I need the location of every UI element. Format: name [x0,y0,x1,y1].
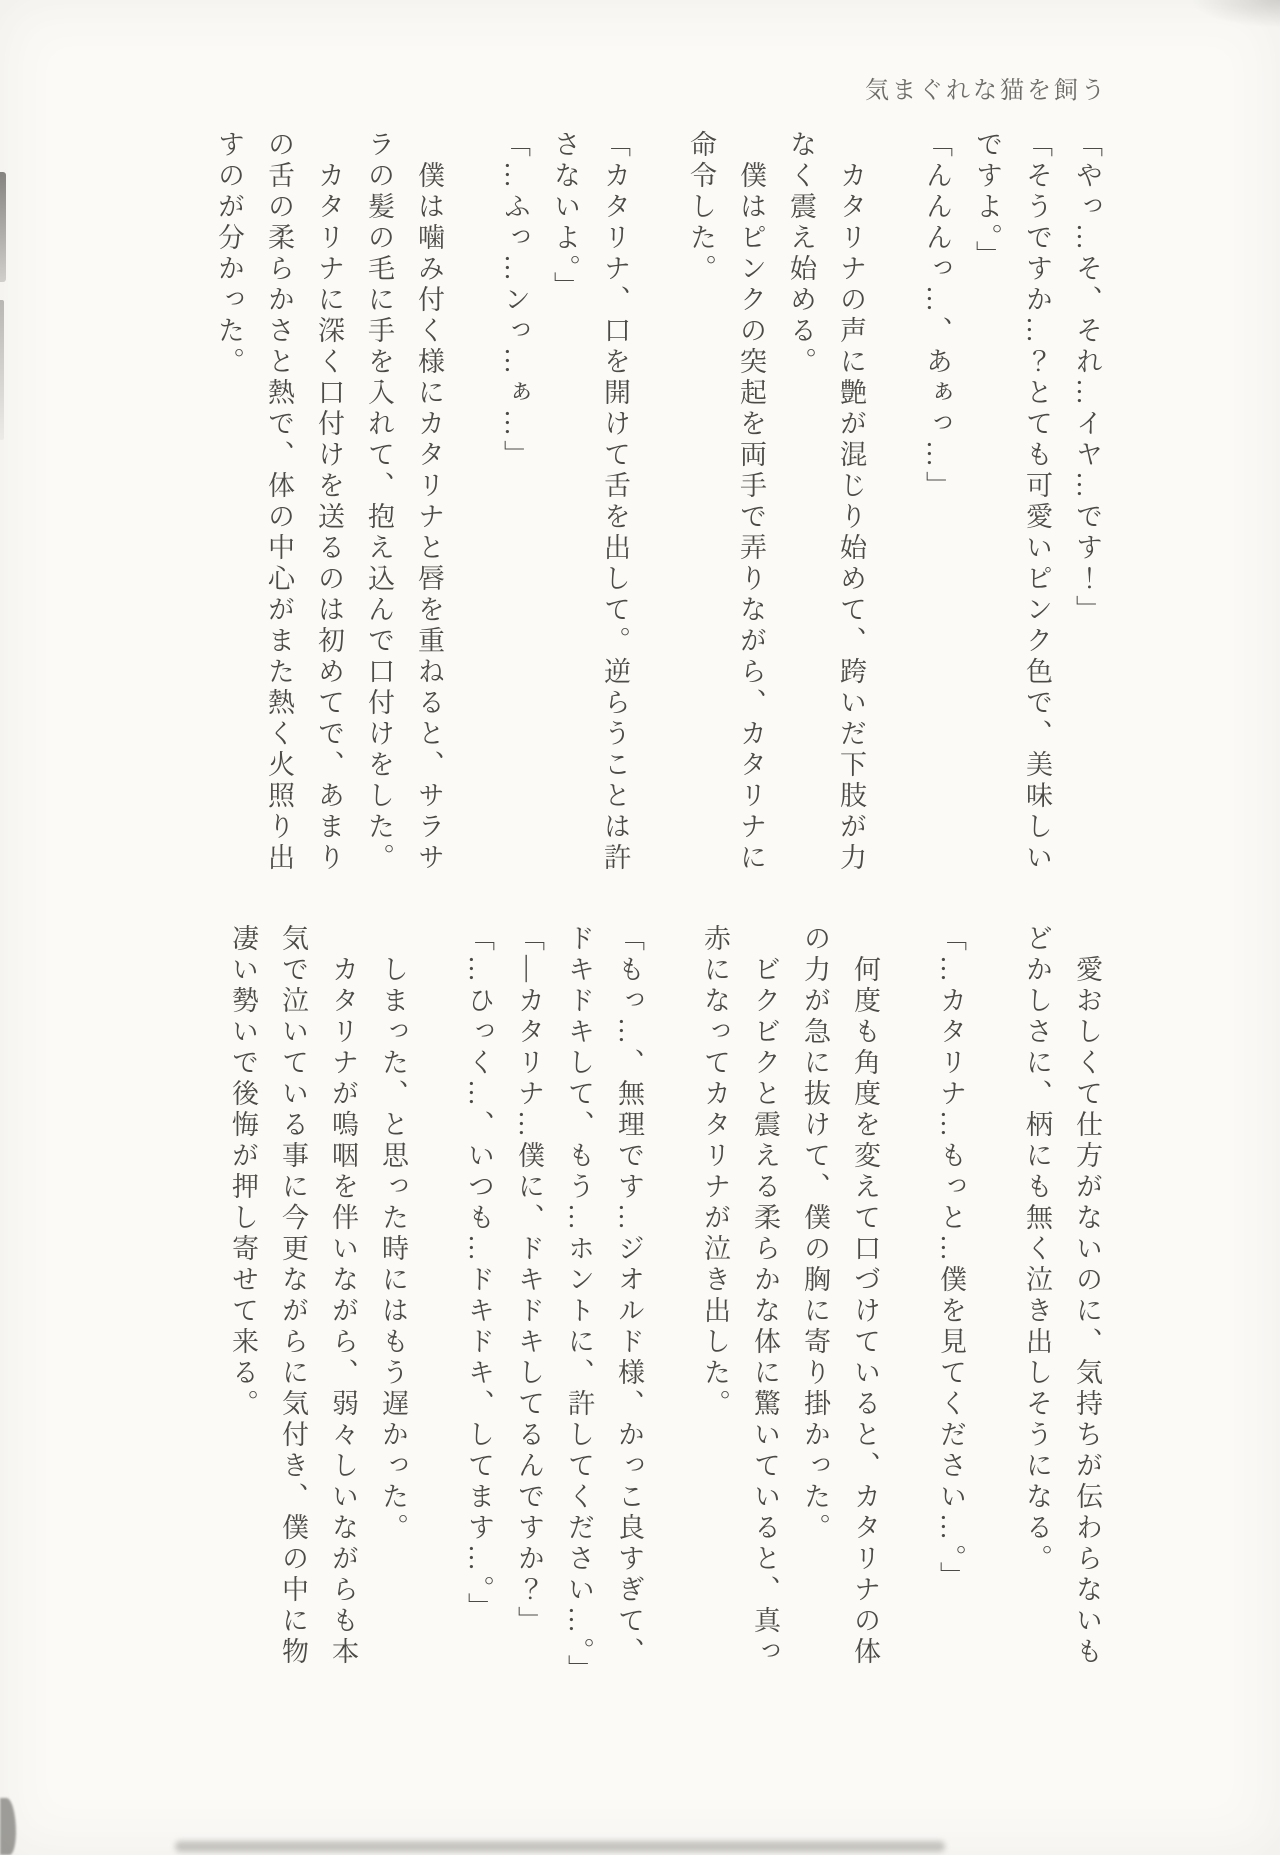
text-block-top: 「やっ…そ、それ…イヤ…です！」「そうですか…？とても可愛いピンク色で、美味しい… [204,130,1112,874]
text-line: なく震え始める。 [776,130,826,874]
scan-artifact-left-streak [0,172,6,282]
text-line: 「…ひっく…、いつも…ドキドキ、してます…。」 [454,924,504,1686]
text-line: 命令した。 [676,130,726,874]
text-line: 「…ふっ…ンっ…ぁ…」 [490,130,540,874]
text-block-bottom: 愛おしくて仕方がないのに、気持ちが伝わらないもどかしさに、柄にも無く泣き出しそう… [218,924,1112,1686]
text-line: の力が急に抜けて、僕の胸に寄り掛かった。 [790,924,840,1686]
text-line: 赤になってカタリナが泣き出した。 [690,924,740,1686]
text-line: ドキドキして、もう…ホントに、許してください…。」 [554,924,604,1686]
text-line: 気で泣いている事に今更ながらに気付き、僕の中に物 [268,924,318,1686]
text-line: カタリナに深く口付けを送るのは初めてで、あまり [304,130,354,874]
text-line: 「もっ…、無理です…ジオルド様、かっこ良すぎて、 [604,924,654,1686]
text-line: 凄い勢いで後悔が押し寄せて来る。 [218,924,268,1686]
text-line: カタリナが嗚咽を伴いながら、弱々しいながらも本 [318,924,368,1686]
text-line: 僕はピンクの突起を両手で弄りながら、カタリナに [726,130,776,874]
text-line: ラの髪の毛に手を入れて、抱え込んで口付けをした。 [354,130,404,874]
scan-artifact-topright-shade [1190,0,1280,28]
text-line: 愛おしくて仕方がないのに、気持ちが伝わらないも [1062,924,1112,1686]
text-line: 「やっ…そ、それ…イヤ…です！」 [1062,130,1112,874]
text-line: 「んんんっ…、あぁっ…」 [912,130,962,874]
text-line: さないよ。」 [540,130,590,874]
scan-artifact-left-streak-faint [0,300,4,440]
text-line: しまった、と思った時にはもう遅かった。 [368,924,418,1686]
text-line: ビクビクと震える柔らかな体に驚いていると、真っ [740,924,790,1686]
text-line: 僕は噛み付く様にカタリナと唇を重ねると、サラサ [404,130,454,874]
text-line: すのが分かった。 [204,130,254,874]
text-line: の舌の柔らかさと熱で、体の中心がまた熱く火照り出 [254,130,304,874]
text-line: 「―カタリナ…僕に、ドキドキしてるんですか？」 [504,924,554,1686]
page-header-title: 気まぐれな猫を飼う [865,70,1108,105]
text-line: ですよ。」 [962,130,1012,874]
text-line: どかしさに、柄にも無く泣き出しそうになる。 [1012,924,1062,1686]
scan-artifact-bottom-smudge [175,1841,945,1852]
scanned-novel-page: 気まぐれな猫を飼う 「やっ…そ、それ…イヤ…です！」「そうですか…？とても可愛い… [0,0,1280,1855]
scan-artifact-corner-blob [0,1798,16,1855]
text-line: 何度も角度を変えて口づけていると、カタリナの体 [840,924,890,1686]
text-line: 「カタリナ、口を開けて舌を出して。逆らうことは許 [590,130,640,874]
text-line: カタリナの声に艶が混じり始めて、跨いだ下肢が力 [826,130,876,874]
text-line: 「…カタリナ…もっと…僕を見てください…。」 [926,924,976,1686]
text-line: 「そうですか…？とても可愛いピンク色で、美味しい [1012,130,1062,874]
